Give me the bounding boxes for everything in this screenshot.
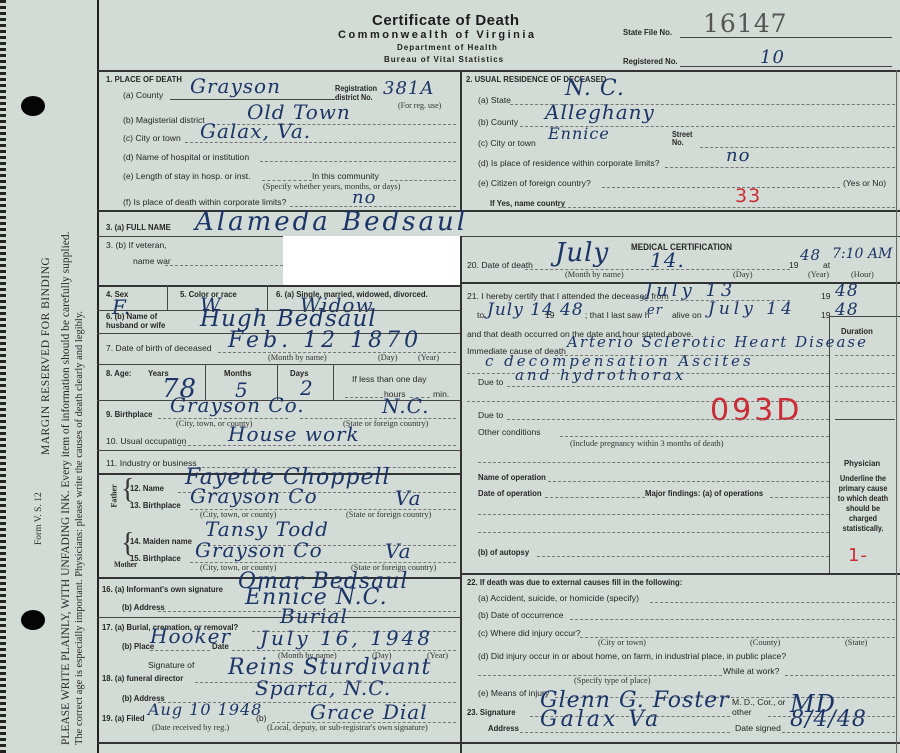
instructions-line-1: PLEASE WRITE PLAINLY, WITH UNFADING INK.… — [60, 232, 72, 746]
date-signed: 8/4/48 — [790, 707, 867, 732]
margin-note: MARGIN RESERVED FOR BINDING — [40, 257, 52, 455]
registered-label: Registered No. — [623, 56, 678, 66]
physician-address: Galax Va — [540, 707, 661, 732]
punch-hole-top — [21, 96, 45, 116]
torn-edge — [0, 0, 6, 753]
margin-rule — [97, 0, 99, 753]
last-saw-pronoun: er — [647, 303, 663, 318]
immediate-cause: Arterio Sclerotic Heart Disease — [567, 333, 868, 351]
state-file-label: State File No. — [623, 27, 672, 37]
residence-county-value: Alleghany — [545, 100, 655, 124]
alive-on-year: 48 — [835, 300, 859, 320]
funeral-director-address: Sparta, N.C. — [255, 676, 391, 700]
form-number: Form V. S. 12 — [34, 492, 44, 545]
residence-corporate-value: no — [726, 145, 750, 166]
full-name-value: Alameda Bedsaul — [195, 207, 468, 237]
death-year: 48 — [800, 246, 821, 264]
citizen-code: 33 — [735, 185, 761, 207]
reg-district-value: 381A — [383, 78, 434, 99]
filed-date: Aug 10 1948 — [148, 700, 262, 719]
death-day: 14. — [650, 248, 685, 272]
department: Department of Health — [397, 43, 498, 52]
death-hour: 7:10 AM — [832, 246, 892, 262]
attended-from: July 13 — [645, 280, 736, 301]
state-file-number: 16147 — [703, 9, 788, 38]
external-heading: 22. If death was due to external causes … — [467, 577, 682, 587]
mother-birth-state: Va — [385, 539, 412, 563]
bureau: Bureau of Vital Statistics — [384, 55, 504, 64]
alive-on: July 14 — [708, 299, 796, 319]
redacted-region — [283, 236, 461, 285]
due-to-1: and hydrothorax — [515, 366, 686, 384]
city-value: Galax, Va. — [200, 119, 311, 143]
father-tag: Father — [110, 484, 119, 507]
birthplace-city: Grayson Co. — [170, 393, 305, 417]
punch-hole-bottom — [21, 610, 45, 630]
registrar-signature: Grace Dial — [310, 700, 428, 724]
attended-from-year: 48 — [835, 281, 859, 301]
mother-birth-city: Grayson Co — [195, 538, 323, 562]
burial-method: Burial — [280, 604, 348, 628]
death-month: July — [555, 238, 609, 268]
certificate-title: Certificate of Death — [372, 12, 520, 29]
burial-date: July 16, 1948 — [260, 626, 433, 650]
full-name-label: 3. (a) FULL NAME — [106, 222, 171, 232]
attended-to-year: 48 — [560, 300, 584, 320]
father-birth-state: Va — [395, 486, 422, 510]
birthplace-state: N.C. — [382, 394, 430, 418]
county-value: Grayson — [190, 74, 281, 98]
physician-label: Physician — [844, 458, 880, 468]
residence-state-value: N. C. — [565, 76, 625, 101]
dob-value: Feb. 12 1870 — [228, 328, 422, 353]
occupation-value: House work — [228, 422, 360, 446]
instructions-line-2: The correct age is especially important.… — [74, 311, 85, 745]
cause-code: 093D — [710, 393, 802, 428]
death-certificate: Form V. S. 12 MARGIN RESERVED FOR BINDIN… — [0, 0, 900, 753]
registered-number: 10 — [760, 47, 785, 68]
issuer: Commonwealth of Virginia — [338, 29, 537, 41]
place-of-death-heading: 1. PLACE OF DEATH — [106, 74, 182, 84]
corporate-value: no — [352, 187, 376, 208]
residence-city-value: Ennice — [548, 124, 610, 143]
attended-to: July 14 — [487, 300, 554, 320]
father-birth-city: Grayson Co — [190, 484, 318, 508]
physician-mark: 1- — [848, 545, 868, 566]
underline-note: Underline the primary cause to which dea… — [836, 474, 890, 534]
